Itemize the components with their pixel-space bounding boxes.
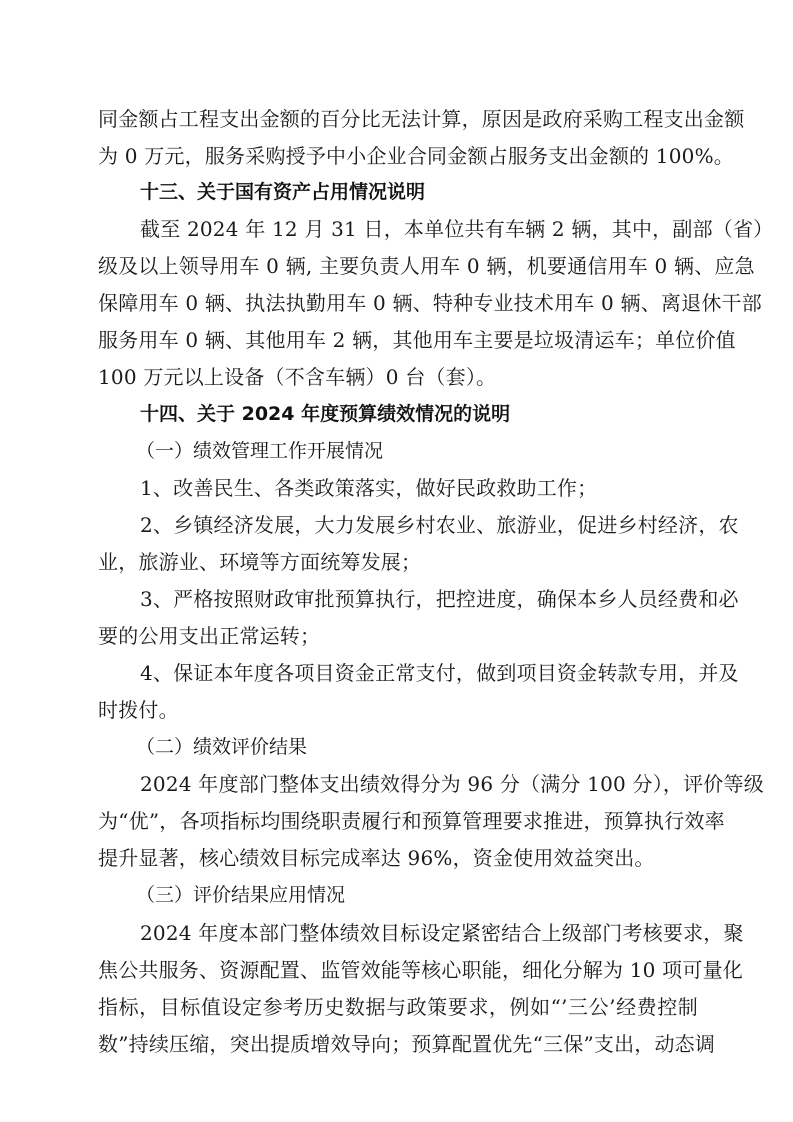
paragraph-line: 为 0 万元，服务采购授予中小企业合同金额占服务支出金额的 100%。 — [98, 141, 698, 171]
paragraph-line: 2024 年度本部门整体绩效目标设定紧密结合上级部门考核要求，聚 — [140, 918, 698, 948]
document-page: 同金额占工程支出金额的百分比无法计算，原因是政府采购工程支出金额 为 0 万元，… — [0, 0, 793, 1122]
section-heading-14: 十四、关于 2024 年度预算绩效情况的说明 — [140, 399, 510, 429]
paragraph-line: 为“优”，各项指标均围绕职责履行和预算管理要求推进，预算执行效率 — [98, 806, 698, 836]
paragraph-line: 同金额占工程支出金额的百分比无法计算，原因是政府采购工程支出金额 — [98, 104, 698, 134]
paragraph-line: 2024 年度部门整体支出绩效得分为 96 分（满分 100 分），评价等级 — [140, 769, 698, 799]
paragraph-line: 保障用车 0 辆、执法执勤用车 0 辆、特种专业技术用车 0 辆、离退休干部 — [98, 288, 698, 318]
subsection-heading-3: （三）评价结果应用情况 — [136, 880, 345, 910]
list-item-4-cont: 时拨付。 — [98, 695, 698, 725]
section-heading-13: 十三、关于国有资产占用情况说明 — [140, 177, 425, 207]
paragraph-line: 提升显著，核心绩效目标完成率达 96%，资金使用效益突出。 — [98, 843, 698, 873]
paragraph-line: 指标，目标值设定参考历史数据与政策要求，例如“’三公’经费控制 — [98, 992, 698, 1022]
paragraph-line: 级及以上领导用车 0 辆, 主要负责人用车 0 辆，机要通信用车 0 辆、应急 — [98, 251, 698, 281]
list-item-3-cont: 要的公用支出正常运转； — [98, 621, 698, 651]
list-item-2-cont: 业，旅游业、环境等方面统筹发展； — [98, 547, 698, 577]
paragraph-line: 服务用车 0 辆、其他用车 2 辆，其他用车主要是垃圾清运车；单位价值 — [98, 325, 698, 355]
paragraph-line: 焦公共服务、资源配置、监管效能等核心职能，细化分解为 10 项可量化 — [98, 955, 698, 985]
paragraph-line: 100 万元以上设备（不含车辆）0 台（套）。 — [98, 362, 698, 392]
list-item-4: 4、保证本年度各项目资金正常支付，做到项目资金转款专用，并及 — [140, 658, 698, 688]
list-item-1: 1、改善民生、各类政策落实，做好民政救助工作； — [140, 473, 698, 503]
list-item-3: 3、严格按照财政审批预算执行，把控进度，确保本乡人员经费和必 — [140, 584, 698, 614]
list-item-2: 2、乡镇经济发展，大力发展乡村农业、旅游业，促进乡村经济，农 — [140, 510, 698, 540]
paragraph-line: 截至 2024 年 12 月 31 日，本单位共有车辆 2 辆，其中，副部（省） — [140, 214, 698, 244]
subsection-heading-2: （二）绩效评价结果 — [136, 732, 307, 762]
subsection-heading-1: （一）绩效管理工作开展情况 — [136, 436, 383, 466]
paragraph-line: 数”持续压缩，突出提质增效导向；预算配置优先“三保”支出，动态调 — [98, 1029, 698, 1059]
